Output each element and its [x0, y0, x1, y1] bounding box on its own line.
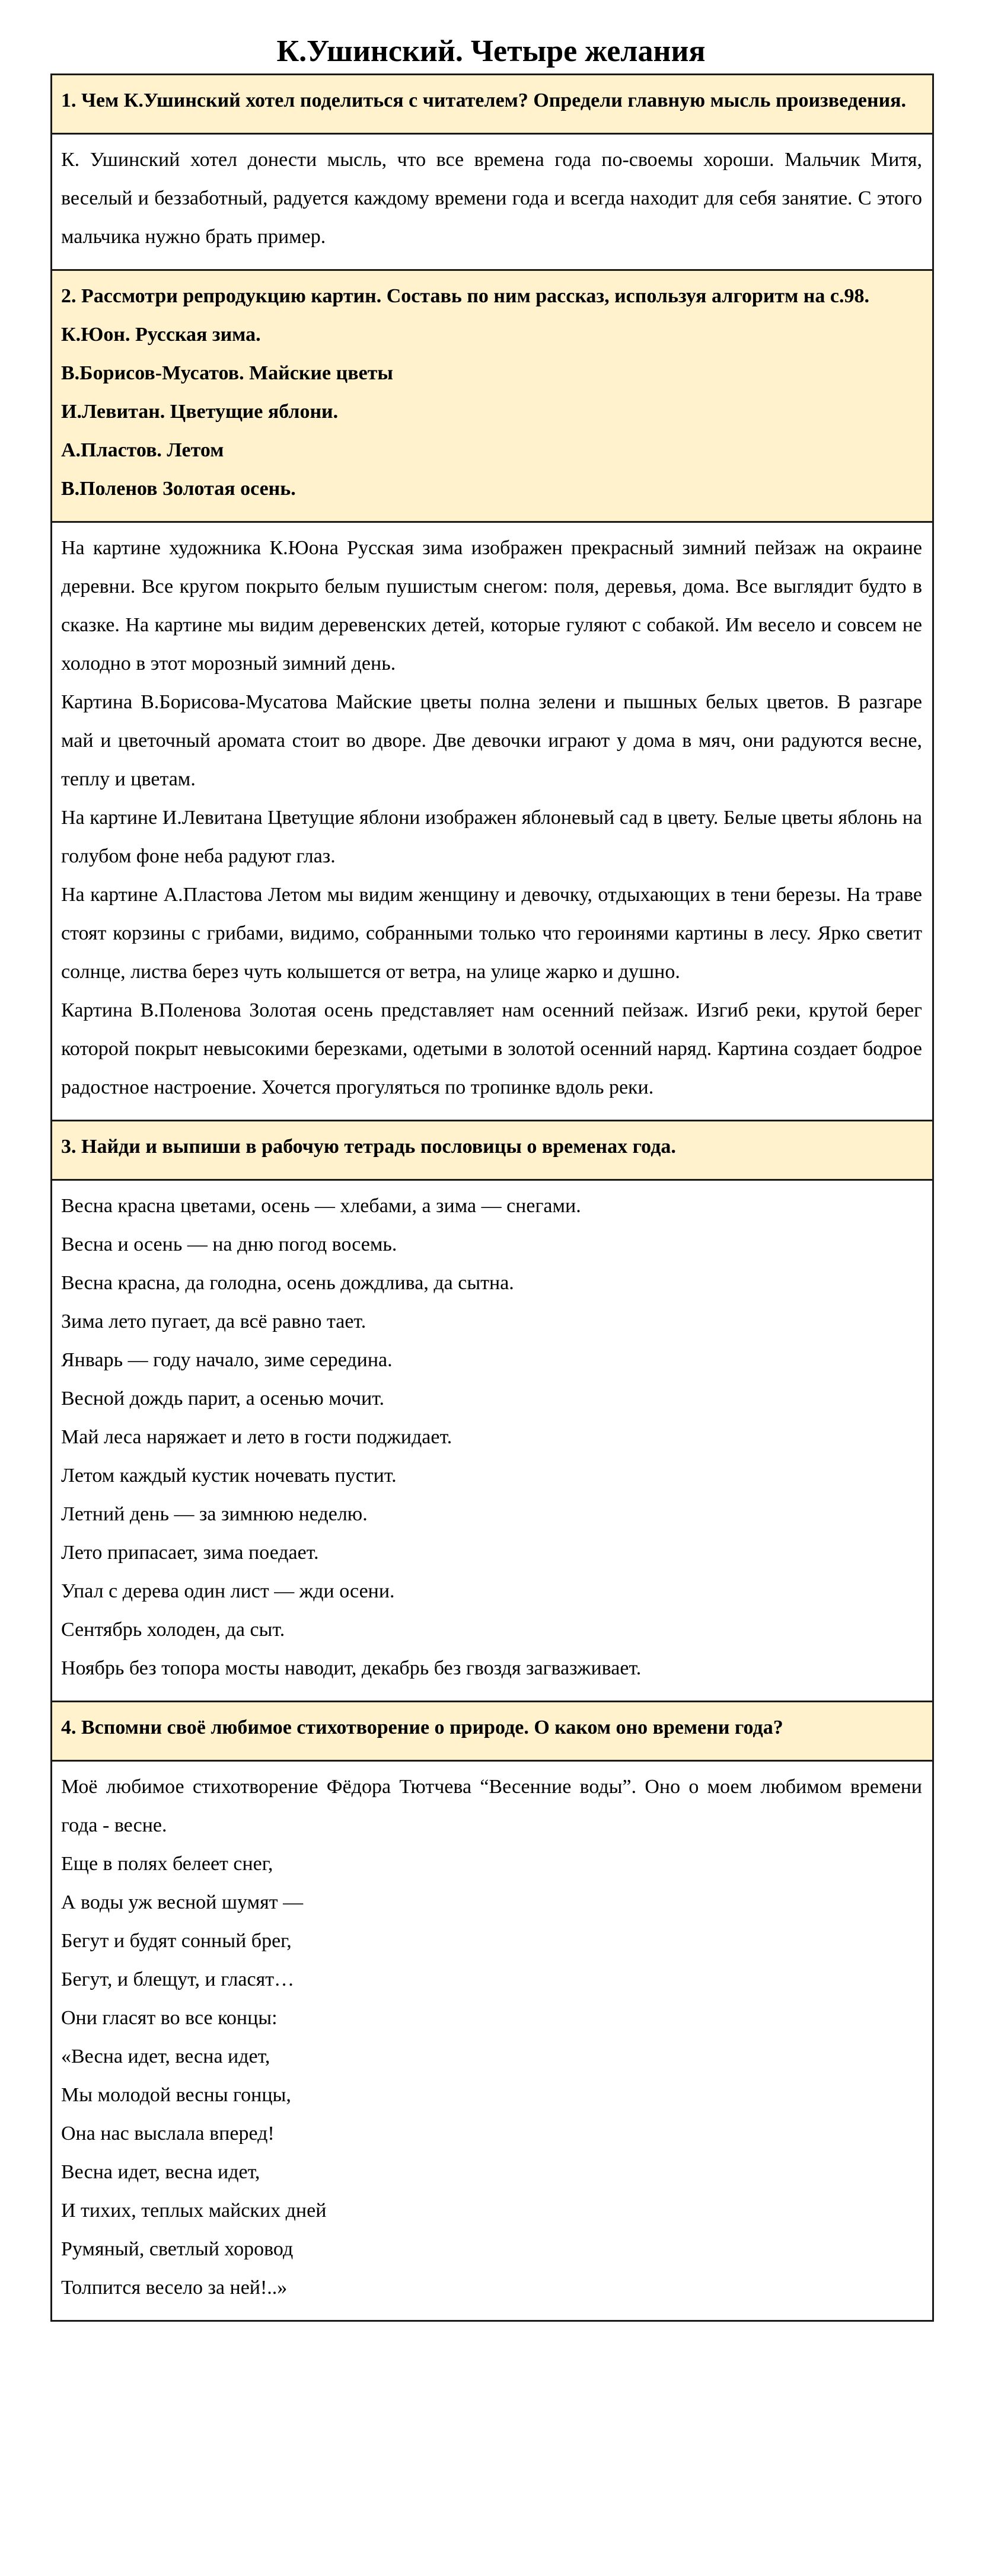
painting-description: На картине А.Пластова Летом мы видим жен…	[61, 875, 922, 991]
painting-item: В.Борисов-Мусатов. Майские цветы	[61, 354, 922, 392]
poem-line: «Весна идет, весна идет,	[61, 2037, 922, 2076]
painting-item: К.Юон. Русская зима.	[61, 315, 922, 354]
answer-text: К. Ушинский хотел донести мысль, что все…	[61, 140, 922, 256]
poem-line: Мы молодой весны гонцы,	[61, 2076, 922, 2114]
poem-line: Она нас выслала вперед!	[61, 2114, 922, 2153]
page-title: К.Ушинский. Четыре желания	[0, 31, 982, 72]
painting-description: Картина В.Поленова Золотая осень предста…	[61, 991, 922, 1107]
proverb: Летний день — за зимнюю неделю.	[61, 1495, 922, 1533]
poem-line: Румяный, светлый хоровод	[61, 2230, 922, 2268]
question-4: 4. Вспомни своё любимое стихотворение о …	[52, 1701, 932, 1760]
answer-2: На картине художника К.Юона Русская зима…	[52, 521, 932, 1120]
proverb: Сентябрь холоден, да сыт.	[61, 1610, 922, 1649]
answer-4: Моё любимое стихотворение Фёдора Тютчева…	[52, 1760, 932, 2320]
question-text: 1. Чем К.Ушинский хотел поделиться с чит…	[61, 81, 922, 120]
question-text: 2. Рассмотри репродукцию картин. Составь…	[61, 277, 922, 315]
painting-description: Картина В.Борисова-Мусатова Майские цвет…	[61, 683, 922, 798]
painting-item: И.Левитан. Цветущие яблони.	[61, 392, 922, 431]
painting-description: На картине художника К.Юона Русская зима…	[61, 529, 922, 683]
poem-line: Еще в полях белеет снег,	[61, 1845, 922, 1883]
painting-item: А.Пластов. Летом	[61, 431, 922, 469]
answer-1: К. Ушинский хотел донести мысль, что все…	[52, 133, 932, 269]
poem-line: Весна идет, весна идет,	[61, 2153, 922, 2191]
painting-description: На картине И.Левитана Цветущие яблони из…	[61, 798, 922, 875]
poem-line: Толпится весело за ней!..»	[61, 2268, 922, 2307]
proverb: Лето припасает, зима поедает.	[61, 1533, 922, 1572]
proverb: Январь — году начало, зиме середина.	[61, 1341, 922, 1379]
question-text: 4. Вспомни своё любимое стихотворение о …	[61, 1708, 922, 1747]
proverb: Упал с дерева один лист — жди осени.	[61, 1572, 922, 1610]
question-1: 1. Чем К.Ушинский хотел поделиться с чит…	[52, 75, 932, 133]
proverb: Весна и осень — на дню погод восемь.	[61, 1225, 922, 1264]
poem-line: Они гласят во все концы:	[61, 1999, 922, 2037]
question-text: 3. Найди и выпиши в рабочую тетрадь посл…	[61, 1127, 922, 1166]
poem-line: А воды уж весной шумят —	[61, 1883, 922, 1922]
answer-3: Весна красна цветами, осень — хлебами, а…	[52, 1179, 932, 1701]
poem-line: Бегут, и блещут, и гласят…	[61, 1960, 922, 1999]
question-3: 3. Найди и выпиши в рабочую тетрадь посл…	[52, 1120, 932, 1179]
question-2: 2. Рассмотри репродукцию картин. Составь…	[52, 269, 932, 521]
proverb: Весна красна цветами, осень — хлебами, а…	[61, 1187, 922, 1225]
poem-intro: Моё любимое стихотворение Фёдора Тютчева…	[61, 1768, 922, 1845]
proverb: Весной дождь парит, а осенью мочит.	[61, 1379, 922, 1418]
proverb: Май леса наряжает и лето в гости поджида…	[61, 1418, 922, 1456]
worksheet-table: 1. Чем К.Ушинский хотел поделиться с чит…	[50, 73, 934, 2322]
proverb: Летом каждый кустик ночевать пустит.	[61, 1456, 922, 1495]
poem-line: Бегут и будят сонный брег,	[61, 1922, 922, 1960]
poem-line: И тихих, теплых майских дней	[61, 2191, 922, 2230]
proverb: Ноябрь без топора мосты наводит, декабрь…	[61, 1649, 922, 1687]
proverb: Зима лето пугает, да всё равно тает.	[61, 1302, 922, 1341]
painting-item: В.Поленов Золотая осень.	[61, 469, 922, 508]
proverb: Весна красна, да голодна, осень дождлива…	[61, 1264, 922, 1302]
